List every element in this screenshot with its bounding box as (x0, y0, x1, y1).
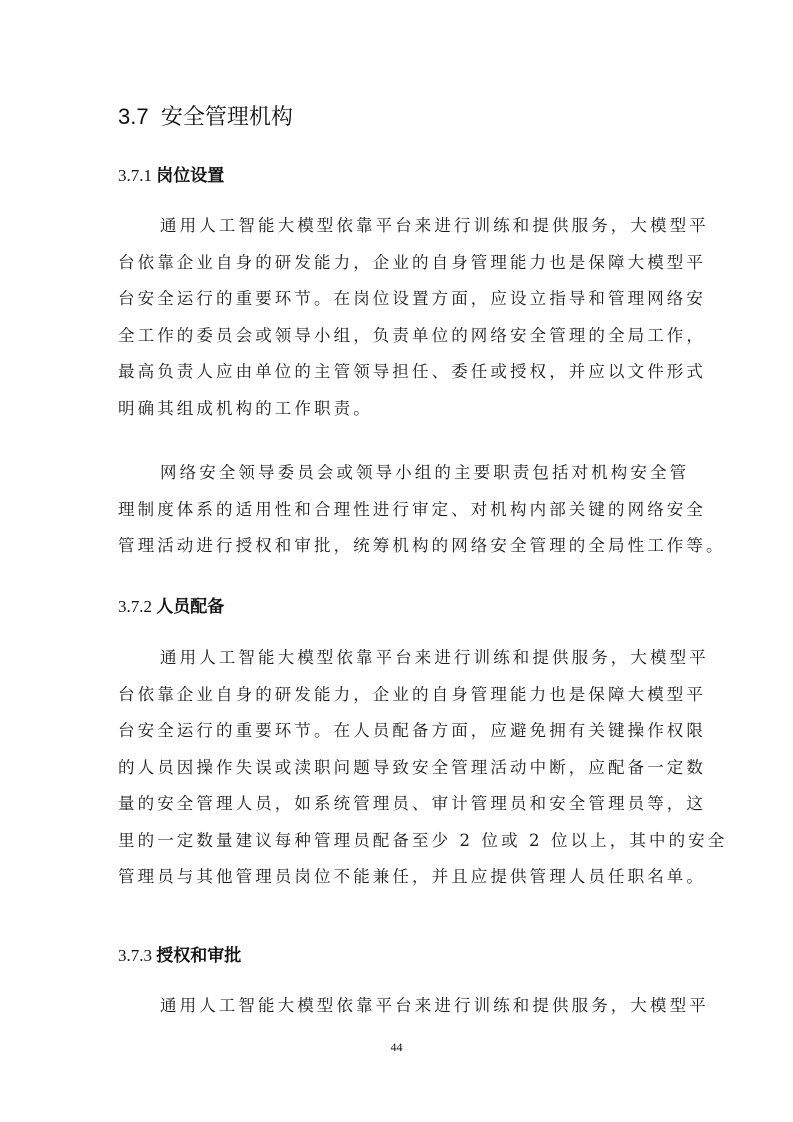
paragraph-authorization: 通用人工智能大模型依靠平台来进行训练和提供服务，大模型平 (118, 988, 674, 1025)
text-line: 明确其组成机构的工作职责。 (118, 391, 674, 428)
text-line: 台安全运行的重要环节。在人员配备方面，应避免拥有关键操作权限 (118, 713, 674, 750)
text-line: 台依靠企业自身的研发能力，企业的自身管理能力也是保障大模型平 (118, 677, 674, 714)
paragraph-job-setup-1: 通用人工智能大模型依靠平台来进行训练和提供服务，大模型平 台依靠企业自身的研发能… (118, 208, 674, 427)
text-line: 通用人工智能大模型依靠平台来进行训练和提供服务，大模型平 (118, 208, 674, 245)
subsection-number: 3.7.1 (118, 166, 152, 185)
page-number: 44 (0, 1040, 793, 1055)
text-line: 管理员与其他管理员岗位不能兼任，并且应提供管理人员任职名单。 (118, 859, 674, 896)
document-page: 3.7 安全管理机构 3.7.1 岗位设置 通用人工智能大模型依靠平台来进行训练… (0, 0, 793, 1122)
subsection-number: 3.7.2 (118, 597, 152, 616)
text-line: 里的一定数量建议每种管理员配备至少 2 位或 2 位以上，其中的安全 (118, 823, 674, 860)
text-line: 网络安全领导委员会或领导小组的主要职责包括对机构安全管 (118, 455, 674, 492)
text-line: 台依靠企业自身的研发能力，企业的自身管理能力也是保障大模型平 (118, 245, 674, 282)
text-line: 量的安全管理人员，如系统管理员、审计管理员和安全管理员等，这 (118, 786, 674, 823)
section-title: 安全管理机构 (161, 104, 293, 129)
text-line: 台安全运行的重要环节。在岗位设置方面，应设立指导和管理网络安 (118, 281, 674, 318)
subsection-title: 人员配备 (156, 597, 224, 616)
subsection-title: 岗位设置 (156, 166, 224, 185)
text-line: 通用人工智能大模型依靠平台来进行训练和提供服务，大模型平 (118, 988, 674, 1025)
subsection-heading-3-7-2: 3.7.2 人员配备 (118, 595, 224, 619)
section-number: 3.7 (118, 104, 149, 129)
subsection-heading-3-7-3: 3.7.3 授权和审批 (118, 944, 241, 968)
text-line: 管理活动进行授权和审批，统筹机构的网络安全管理的全局性工作等。 (118, 528, 674, 565)
text-line: 全工作的委员会或领导小组，负责单位的网络安全管理的全局工作， (118, 318, 674, 355)
paragraph-job-setup-2: 网络安全领导委员会或领导小组的主要职责包括对机构安全管 理制度体系的适用性和合理… (118, 455, 674, 565)
paragraph-staffing: 通用人工智能大模型依靠平台来进行训练和提供服务，大模型平 台依靠企业自身的研发能… (118, 640, 674, 896)
text-line: 通用人工智能大模型依靠平台来进行训练和提供服务，大模型平 (118, 640, 674, 677)
subsection-heading-3-7-1: 3.7.1 岗位设置 (118, 164, 224, 188)
subsection-title: 授权和审批 (156, 946, 241, 965)
text-line: 理制度体系的适用性和合理性进行审定、对机构内部关键的网络安全 (118, 492, 674, 529)
text-line: 最高负责人应由单位的主管领导担任、委任或授权，并应以文件形式 (118, 354, 674, 391)
text-line: 的人员因操作失误或渎职问题导致安全管理活动中断，应配备一定数 (118, 750, 674, 787)
section-heading: 3.7 安全管理机构 (118, 102, 293, 132)
subsection-number: 3.7.3 (118, 946, 152, 965)
